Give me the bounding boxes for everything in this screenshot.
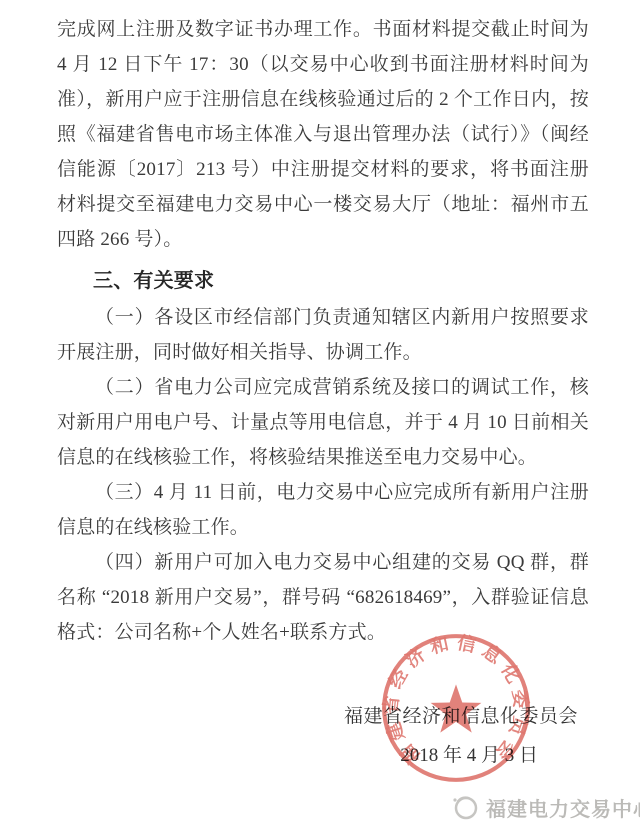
- requirement-item-2: （二）省电力公司应完成营销系统及接口的调试工作，核对新用户用电户号、计量点等用电…: [57, 370, 589, 475]
- footer-logo-icon: [450, 792, 480, 822]
- requirement-item-3: （三）4 月 11 日前，电力交易中心应完成所有新用户注册信息的在线核验工作。: [57, 475, 589, 545]
- footer-brand: 福建电力交易中心: [450, 792, 640, 822]
- document-body: 完成网上注册及数字证书办理工作。书面材料提交截止时间为 4 月 12 日下午 1…: [57, 12, 589, 650]
- requirement-item-1: （一）各设区市经信部门负责通知辖区内新用户按照要求开展注册，同时做好相关指导、协…: [57, 300, 589, 370]
- section-heading: 三、有关要求: [57, 264, 589, 299]
- footer-brand-text: 福建电力交易中心: [486, 793, 640, 822]
- requirement-item-4: （四）新用户可加入电力交易中心组建的交易 QQ 群，群名称 “2018 新用户交…: [57, 545, 589, 650]
- document-page: 完成网上注册及数字证书办理工作。书面材料提交截止时间为 4 月 12 日下午 1…: [0, 0, 640, 835]
- signature-date: 2018 年 4 月 3 日: [400, 740, 538, 767]
- signature-organization: 福建省经济和信息化委员会: [344, 701, 578, 728]
- opening-paragraph: 完成网上注册及数字证书办理工作。书面材料提交截止时间为 4 月 12 日下午 1…: [57, 12, 589, 257]
